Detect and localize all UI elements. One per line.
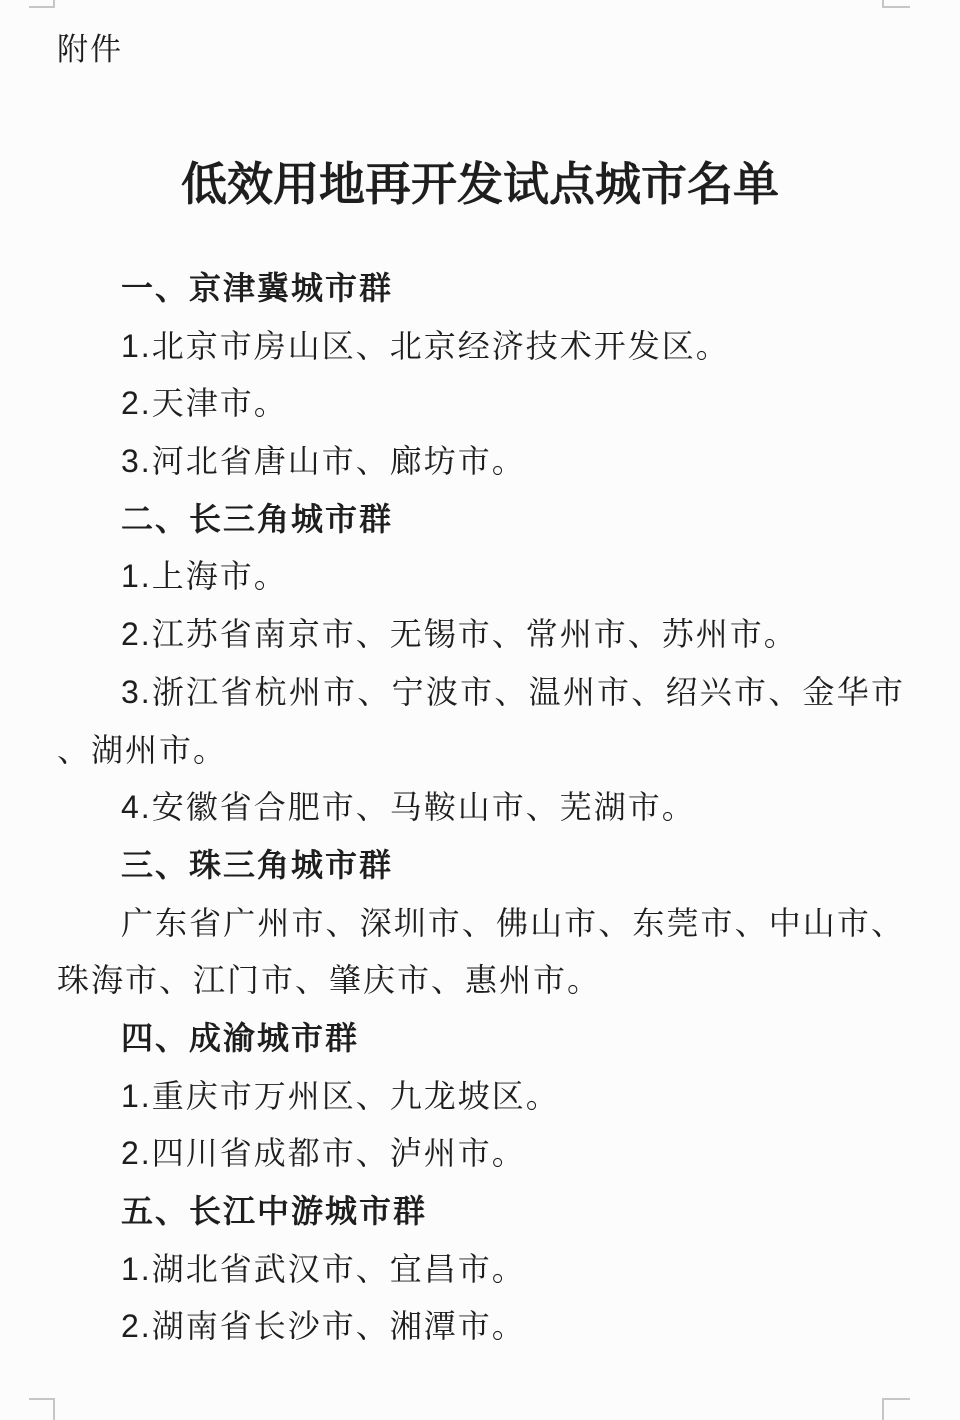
body-line: 3.浙江省杭州市、宁波市、温州市、绍兴市、金华市	[57, 664, 905, 722]
body-line: 2.天津市。	[57, 375, 905, 433]
body-line: 1.湖北省武汉市、宜昌市。	[57, 1241, 905, 1299]
attachment-label: 附件	[57, 24, 123, 69]
section-heading: 三、珠三角城市群	[57, 837, 905, 895]
text-boundary-mark-bottom-left-icon	[29, 1398, 55, 1420]
body-line: 2.湖南省长沙市、湘潭市。	[57, 1298, 905, 1356]
body-line: 2.江苏省南京市、无锡市、常州市、苏州市。	[57, 606, 905, 664]
body-line: 1.上海市。	[57, 548, 905, 606]
text-boundary-mark-top-right-icon	[882, 0, 910, 8]
text-boundary-mark-top-left-icon	[29, 0, 55, 8]
body-line-continuation: 珠海市、江门市、肇庆市、惠州市。	[57, 952, 905, 1010]
body-line: 2.四川省成都市、泸州市。	[57, 1125, 905, 1183]
section-heading: 一、京津冀城市群	[57, 260, 905, 318]
document-title: 低效用地再开发试点城市名单	[0, 148, 960, 214]
document-page: 附件 低效用地再开发试点城市名单 一、京津冀城市群 1.北京市房山区、北京经济技…	[0, 0, 960, 1420]
section-heading: 四、成渝城市群	[57, 1010, 905, 1068]
section-heading: 五、长江中游城市群	[57, 1183, 905, 1241]
body-line: 3.河北省唐山市、廊坊市。	[57, 433, 905, 491]
body-line: 1.重庆市万州区、九龙坡区。	[57, 1068, 905, 1126]
text-boundary-mark-bottom-right-icon	[882, 1398, 910, 1420]
body-line: 4.安徽省合肥市、马鞍山市、芜湖市。	[57, 779, 905, 837]
body-line-continuation: 、湖州市。	[57, 722, 905, 780]
body-line: 广东省广州市、深圳市、佛山市、东莞市、中山市、	[57, 895, 905, 953]
document-body: 一、京津冀城市群 1.北京市房山区、北京经济技术开发区。 2.天津市。 3.河北…	[57, 260, 905, 1356]
section-heading: 二、长三角城市群	[57, 491, 905, 549]
body-line: 1.北京市房山区、北京经济技术开发区。	[57, 318, 905, 376]
